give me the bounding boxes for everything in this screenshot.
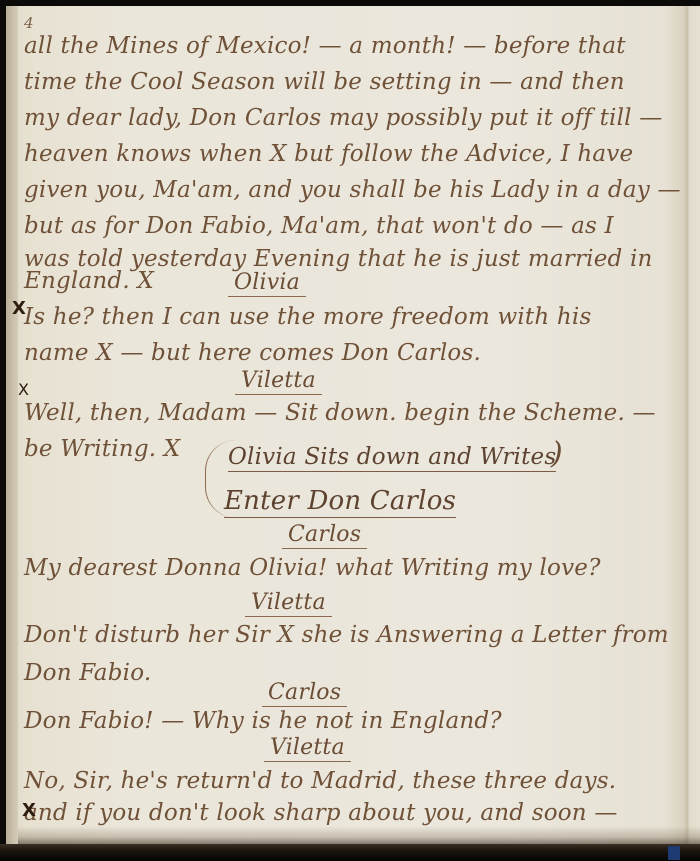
manuscript-line: my dear lady, Don Carlos may possibly pu… (24, 105, 662, 131)
page-bottom-edge (0, 844, 700, 861)
speaker-heading: Carlos (262, 680, 347, 707)
speaker-heading: Carlos (282, 522, 367, 549)
manuscript-line: time the Cool Season will be setting in … (24, 69, 625, 95)
page-number: 4 (24, 14, 34, 32)
speaker-heading: Viletta (235, 368, 322, 395)
manuscript-line: No, Sir, he's return'd to Madrid, these … (24, 768, 616, 794)
manuscript-line: Don Fabio! — Why is he not in England? (24, 708, 502, 734)
speaker-heading: Olivia (228, 270, 306, 297)
stage-direction-close-paren: ) (551, 436, 563, 471)
stage-direction: Enter Don Carlos (224, 486, 456, 518)
manuscript-line: heaven knows when X but follow the Advic… (24, 141, 633, 167)
margin-x-mark: X (18, 382, 29, 398)
manuscript-line: Don't disturb her Sir X she is Answering… (24, 622, 669, 648)
manuscript-line: and if you don't look sharp about you, a… (24, 800, 618, 826)
manuscript-line: England. X (24, 268, 154, 294)
manuscript-line: name X — but here comes Don Carlos. (24, 340, 481, 366)
stage-direction: Olivia Sits down and Writes (228, 444, 556, 472)
manuscript-line: but as for Don Fabio, Ma'am, that won't … (24, 213, 614, 239)
manuscript-line: Is he? then I can use the more freedom w… (24, 304, 591, 330)
manuscript-line: be Writing. X (24, 436, 180, 462)
manuscript-line: given you, Ma'am, and you shall be his L… (24, 177, 681, 203)
binding-tab (668, 846, 680, 860)
manuscript-line: all the Mines of Mexico! — a month! — be… (24, 33, 626, 59)
manuscript-line: Well, then, Madam — Sit down. begin the … (24, 400, 656, 426)
margin-x-mark: X (12, 300, 26, 318)
margin-x-mark: X (22, 802, 36, 820)
manuscript-line: Don Fabio. (24, 660, 151, 686)
manuscript-line: My dearest Donna Olivia! what Writing my… (24, 555, 601, 581)
speaker-heading: Viletta (264, 735, 351, 762)
page-left-edge (6, 6, 18, 844)
speaker-heading: Viletta (245, 590, 332, 617)
